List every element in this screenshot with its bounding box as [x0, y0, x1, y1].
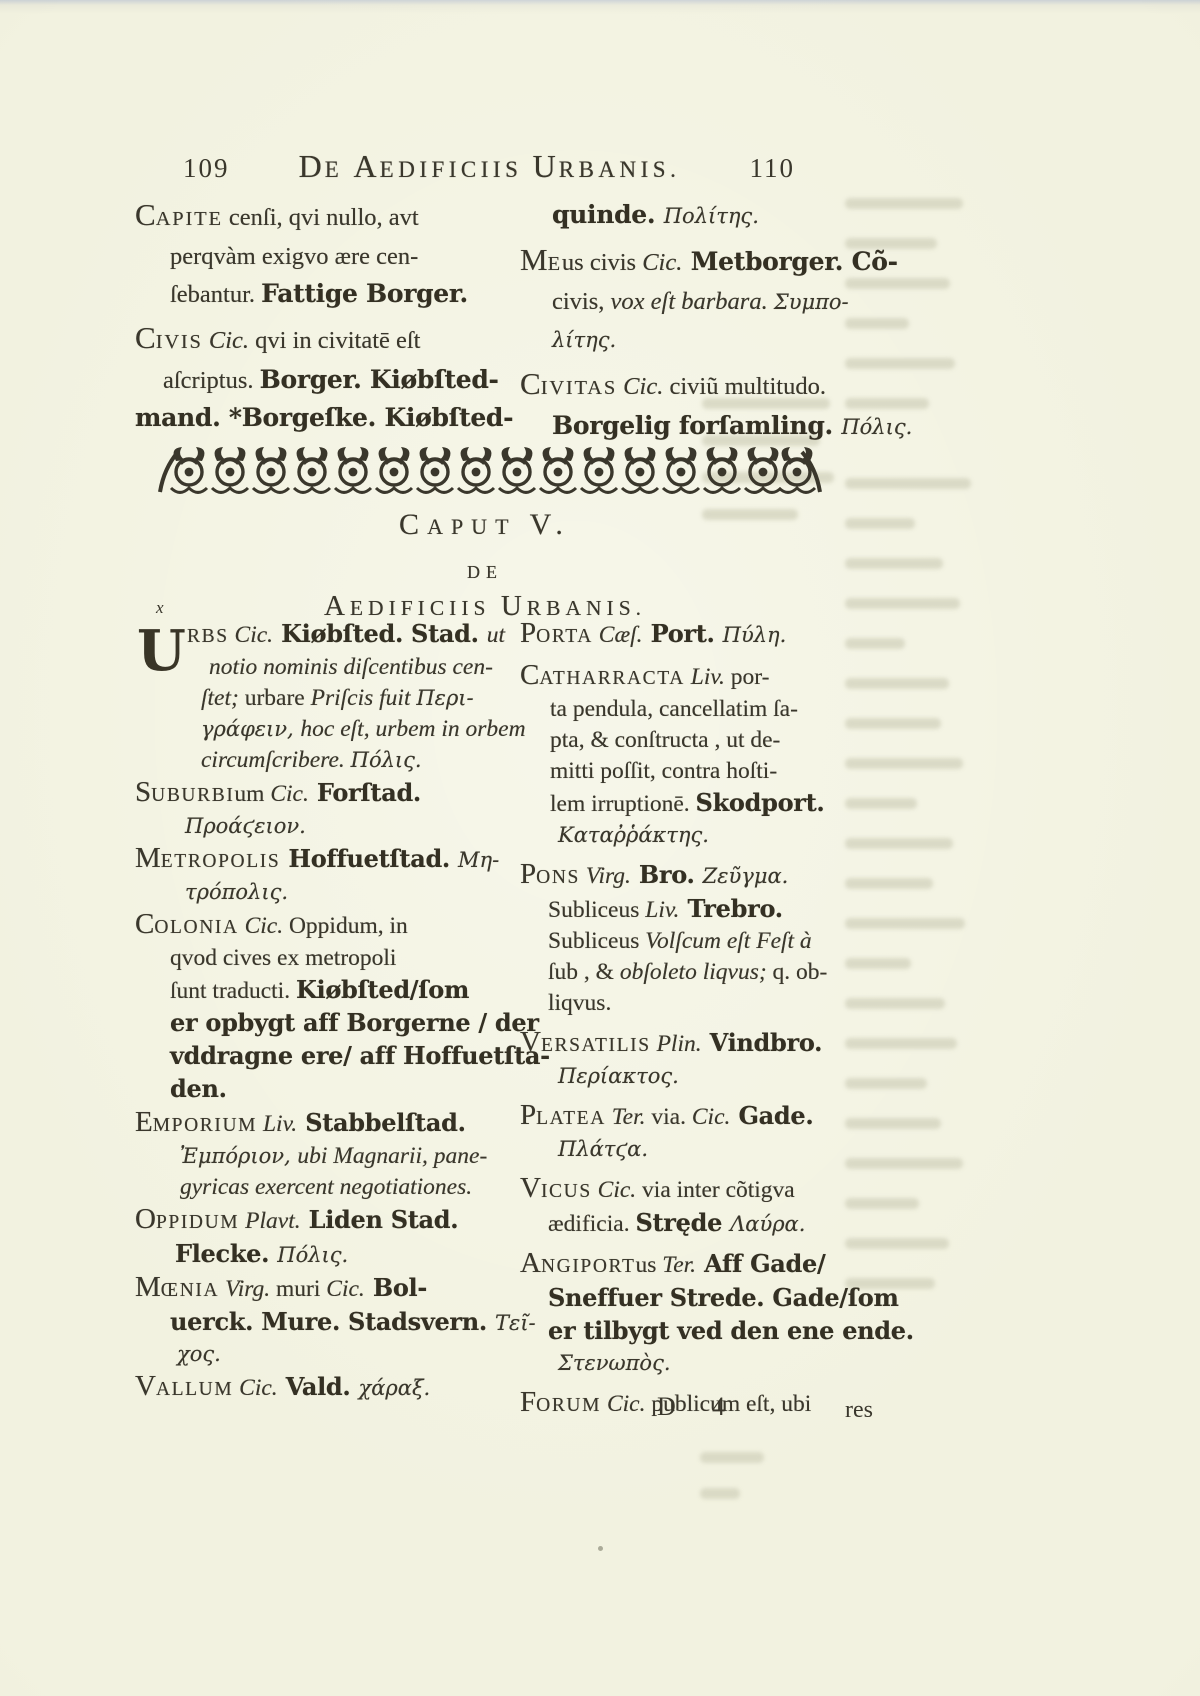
main-right-column: PORTA Cæſ. Port. Πύλη.CATHARRACTA Liv. p… — [520, 618, 835, 1429]
text-segment-rm: qvi in civitatē eſt — [249, 327, 420, 354]
text-segment-sc: MPORIUM — [153, 1115, 257, 1136]
text-line: CIVIS Cic. qvi in civitatē eſt — [135, 319, 520, 361]
text-line: PLATEA Ter. via. Cic. Gade. — [520, 1100, 835, 1134]
text-line: Subliceus Volſcum eſt Feſt à — [520, 926, 835, 957]
text-line: MEus civis Cic. Metborger. Cõ- — [520, 241, 835, 283]
bleedthrough-line — [845, 1158, 963, 1169]
text-segment-fr: Port. — [643, 619, 723, 648]
signature-mark: D — [657, 1392, 676, 1422]
top-left-column: CAPITE cenſi, qvi nullo, avtperqvàm exig… — [135, 196, 520, 452]
dictionary-entry: PLATEA Ter. via. Cic. Gade.Πλάτϛα. — [520, 1100, 835, 1165]
text-segment-rm: liqvus. — [548, 990, 611, 1016]
de-line: DE — [135, 556, 835, 587]
text-line: ſebantur. Fattige Borger. — [135, 275, 520, 313]
text-line: ſtet; urbare Priſcis fuit Περι- — [135, 683, 520, 714]
bleedthrough-line — [845, 838, 953, 849]
text-segment-rm: ædificia. — [548, 1211, 635, 1237]
ornament-band — [158, 438, 822, 502]
text-line: MŒNIA Virg. muri Cic. Bol- — [135, 1272, 520, 1306]
text-segment-gk: Πολίτης. — [664, 204, 759, 228]
page-header: 109 DE AEDIFICIIS URBANIS. 110 — [135, 148, 835, 185]
text-segment-rm: cenſi, qvi nullo, avt — [223, 204, 419, 231]
text-segment-sc: ŒNIA — [161, 1280, 219, 1301]
text-segment-it: ubi Magnarii, pane- — [297, 1143, 487, 1169]
text-segment-rm: qvod cives ex metropoli — [170, 945, 396, 971]
text-line: quinde. Πολίτης. — [520, 196, 835, 235]
text-segment-cap: F — [520, 1386, 536, 1418]
text-segment-sc: ALLUM — [156, 1379, 233, 1400]
folio-right: 110 — [749, 153, 835, 184]
caput-line: CAPUT V. — [135, 503, 835, 556]
text-line: METROPOLIS Hoffuetſtad. Μη- — [135, 843, 520, 877]
chapter-heading: CAPUT V. DE AEDIFICIIS URBANIS. — [135, 503, 835, 627]
dictionary-entry: OPPIDUM Plavt. Liden Stad.Flecke. Πόλις. — [135, 1204, 520, 1271]
text-line: Καταῤῥάκτης. — [520, 820, 835, 851]
text-segment-cap: A — [354, 148, 380, 184]
text-segment-it: Virg. — [580, 863, 631, 889]
dictionary-entry: METROPOLIS Hoffuetſtad. Μη-τρόπολις. — [135, 843, 520, 908]
text-segment-it: Cæſ. — [593, 622, 643, 648]
bleedthrough-line — [845, 1198, 919, 1209]
text-line: Sneffuer Strede. Gade/ſom — [520, 1282, 835, 1315]
dictionary-entry: VERSATILIS Plin. Vindbro.Περίακτος. — [520, 1027, 835, 1092]
text-segment-sc: EDIFICIIS — [350, 596, 501, 620]
text-segment-it: Cic. — [642, 249, 682, 276]
text-segment-cap: C — [135, 320, 156, 355]
dictionary-entry: CIVIS Cic. qvi in civitatē eſtaſcriptus.… — [135, 319, 520, 437]
text-segment-rm: ſub , & — [548, 959, 620, 985]
text-line: mand. *Borgeſke. Kiøbſted- — [135, 399, 520, 437]
text-segment-fr: Gade. — [730, 1101, 813, 1130]
bleedthrough-line — [845, 718, 941, 729]
text-segment-fr: Borgelig forſamling. — [552, 411, 841, 440]
text-segment-it: Cic. — [229, 622, 273, 648]
bleedthrough-line — [845, 318, 909, 329]
text-segment-rm: via inter cõtigva — [636, 1177, 795, 1203]
text-segment-fr: den. — [170, 1074, 227, 1103]
text-segment-gk: Μη- — [458, 848, 499, 872]
text-segment-sc: ONS — [536, 867, 580, 888]
text-segment-fr: Borger. Kiøbſted- — [260, 365, 499, 394]
text-segment-gk: Προάϛειον. — [185, 814, 306, 838]
text-segment-it: Cic. — [601, 1391, 645, 1417]
text-segment-cap: M — [135, 1271, 161, 1303]
text-segment-rm: Oppidum, in — [283, 913, 408, 939]
text-line: ANGIPORTus Ter. Aff Gade/ — [520, 1248, 835, 1282]
text-segment-it: Ter. — [606, 1104, 646, 1130]
text-line: Subliceus Liv. Trebro. — [520, 893, 835, 926]
text-segment-rm: muri — [270, 1276, 326, 1302]
dictionary-entry: PORTA Cæſ. Port. Πύλη. — [520, 618, 835, 652]
text-segment-fr: Bro. — [631, 860, 703, 889]
bleedthrough-line — [700, 1452, 764, 1463]
text-segment-sc: RBS — [187, 626, 229, 647]
text-segment-rm: via. — [646, 1104, 692, 1130]
dictionary-entry: xURBS Cic. Kiøbſted. Stad. utnotio nomin… — [135, 618, 520, 776]
text-segment-fr: Liden Stad. — [301, 1205, 459, 1234]
text-line: FORUM Cic. publicum eſt, ubi — [520, 1387, 835, 1421]
text-segment-sc: OLONIA — [154, 917, 238, 938]
text-segment-it: ut — [487, 622, 505, 648]
text-segment-it: Cic. — [203, 327, 249, 354]
text-segment-cap: P — [520, 617, 536, 649]
text-segment-rm: ſebantur. — [170, 281, 261, 308]
text-segment-gk: Πόλις. — [277, 1243, 348, 1267]
bleedthrough-line — [845, 278, 950, 289]
dictionary-entry: VICUS Cic. via inter cõtigvaædificia. St… — [520, 1173, 835, 1240]
text-segment-it: ſtet; — [201, 685, 245, 711]
text-line: χος. — [135, 1339, 520, 1370]
text-segment-rm: q. ob- — [773, 959, 828, 985]
dictionary-entry: PONS Virg. Bro. Ζεῦγμα.Subliceus Liv. Tr… — [520, 859, 835, 1019]
text-line: mitti poſſit, contra hoſti- — [520, 756, 835, 787]
dictionary-entry: FORUM Cic. publicum eſt, ubi — [520, 1387, 835, 1421]
text-line: lem irruptionē. Skodport. — [520, 787, 835, 820]
text-segment-rm: urbare — [245, 685, 311, 711]
dictionary-entry: VALLUM Cic. Vald. χάραξ. — [135, 1371, 520, 1405]
text-segment-sc: ORTA — [536, 626, 593, 647]
text-line: Πλάτϛα. — [520, 1134, 835, 1165]
text-segment-it: Virg. — [219, 1276, 270, 1302]
text-segment-fr: Fattige Borger. — [261, 279, 468, 308]
text-segment-sc: LATEA — [536, 1108, 606, 1129]
text-line: ta pendula, cancellatim ſa- — [520, 694, 835, 725]
text-segment-it: Volſcum eſt Feſt à — [645, 928, 811, 954]
text-segment-rm: Subliceus — [548, 897, 645, 923]
text-line: Flecke. Πόλις. — [135, 1238, 520, 1271]
text-segment-rm: pta, & conſtructa , ut de- — [550, 727, 780, 753]
top-text-section: CAPITE cenſi, qvi nullo, avtperqvàm exig… — [135, 196, 835, 452]
text-segment-gk: Πόλις. — [841, 415, 912, 439]
text-segment-rm: por- — [725, 664, 770, 690]
text-segment-fr: Bol- — [365, 1273, 427, 1302]
text-segment-sc: NGIPORT — [541, 1256, 636, 1277]
text-segment-it: Ter. — [662, 1252, 696, 1278]
text-segment-cap: E — [135, 1106, 153, 1138]
text-line: perqvàm exigvo ære cen- — [135, 238, 520, 275]
dictionary-entry: COLONIA Cic. Oppidum, inqvod cives ex me… — [135, 909, 520, 1106]
signature-number: 4 — [712, 1392, 725, 1422]
dictionary-entry: CAPITE cenſi, qvi nullo, avtperqvàm exig… — [135, 196, 520, 313]
text-line: COLONIA Cic. Oppidum, in — [135, 909, 520, 943]
text-line: gyricas exercent negotiationes. — [135, 1172, 520, 1203]
bleedthrough-line — [845, 1238, 949, 1249]
dictionary-entry: EMPORIUM Liv. Stabbelſtad.Ἐμπόριον, ubi … — [135, 1107, 520, 1203]
text-segment-gk: Ἐμπόριον, — [180, 1144, 297, 1168]
bleedthrough-line — [845, 758, 963, 769]
text-segment-it: hoc eſt, urbem in orbem — [300, 716, 525, 742]
text-segment-fr: uerck. Mure. Stadsvern. — [170, 1307, 495, 1336]
text-line: liqvus. — [520, 988, 835, 1019]
text-segment-gk: χάραξ. — [359, 1376, 431, 1400]
text-segment-fr: Trebro. — [679, 894, 782, 923]
text-segment-fr: er tilbygt ved den ene ende. — [548, 1316, 914, 1345]
text-line: ædificia. Stręde Λαύρα. — [520, 1207, 835, 1240]
text-line: ſunt traducti. Kiøbſted/ſom — [135, 974, 520, 1007]
text-segment-it: Cic. — [233, 1375, 277, 1401]
text-segment-it: Cic. — [239, 913, 283, 939]
running-title: DE AEDIFICIIS URBANIS. — [299, 148, 681, 185]
text-segment-it: gyricas exercent negotiationes. — [180, 1174, 472, 1200]
folio-left: 109 — [135, 153, 230, 184]
bleedthrough-line — [845, 1078, 927, 1089]
bleedthrough-line — [845, 478, 971, 489]
text-line: EMPORIUM Liv. Stabbelſtad. — [135, 1107, 520, 1141]
bleedthrough-line — [845, 878, 933, 889]
text-segment-rm: ſunt traducti. — [170, 978, 296, 1004]
dictionary-entry: MŒNIA Virg. muri Cic. Bol-uerck. Mure. S… — [135, 1272, 520, 1370]
text-segment-gk: Συμπο- — [774, 290, 849, 314]
text-segment-it: Cic. — [326, 1276, 365, 1302]
text-line: OPPIDUM Plavt. Liden Stad. — [135, 1204, 520, 1238]
text-segment-fr: Forſtad. — [309, 778, 421, 807]
text-line: aſcriptus. Borger. Kiøbſted- — [135, 361, 520, 399]
text-line: vddragne ere/ aff Hoffuetſta- — [135, 1040, 520, 1073]
text-segment-gk: Πύλη. — [723, 623, 787, 647]
text-segment-sc: IVIS — [156, 331, 203, 353]
bleedthrough-line — [845, 598, 960, 609]
main-left-column: xURBS Cic. Kiøbſted. Stad. utnotio nomin… — [135, 618, 520, 1429]
bleedthrough-line — [845, 1118, 941, 1129]
text-segment-fr: Aff Gade/ — [696, 1249, 825, 1278]
text-line: CAPITE cenſi, qvi nullo, avt — [135, 196, 520, 238]
text-line: qvod cives ex metropoli — [135, 943, 520, 974]
text-line: τρόπολις. — [135, 877, 520, 908]
text-segment-sc: ATHARRACTA — [539, 668, 685, 689]
text-segment-fr: Skodport. — [696, 788, 825, 817]
text-segment-rm: aſcriptus. — [163, 367, 260, 394]
text-segment-cap: D — [299, 148, 325, 184]
text-segment-it: Liv. — [645, 897, 679, 923]
text-line: SUBURBIum Cic. Forſtad. — [135, 777, 520, 811]
text-segment-it: Cic. — [592, 1177, 636, 1203]
guide-letter-x: x — [156, 598, 164, 618]
text-segment-fr: Flecke. — [175, 1239, 277, 1268]
text-segment-rm: Subliceus — [548, 928, 645, 954]
catchword: res — [845, 1397, 873, 1424]
text-segment-cap: C — [520, 659, 539, 691]
text-segment-sc: ERSATILIS — [541, 1035, 651, 1056]
text-segment-sc: ORUM — [536, 1395, 601, 1416]
text-segment-cap: U — [533, 148, 559, 184]
text-line: den. — [135, 1073, 520, 1106]
dictionary-entry: SUBURBIum Cic. Forſtad.Προάϛειον. — [135, 777, 520, 842]
text-segment-rm: us civis — [562, 249, 642, 276]
dictionary-entry: MEus civis Cic. Metborger. Cõ-civis, vox… — [520, 241, 835, 359]
text-segment-cap: V — [520, 1026, 541, 1058]
text-segment-cap: V — [135, 1370, 156, 1402]
text-segment-it: Liv. — [685, 664, 725, 690]
text-segment-sc: E — [325, 157, 354, 182]
bleedthrough-line — [845, 558, 943, 569]
text-segment-rm: civis, — [552, 288, 611, 315]
text-segment-fr: er opbygt aff Borgerne / der — [170, 1008, 539, 1037]
text-line: er tilbygt ved den ene ende. — [520, 1315, 835, 1348]
text-segment-sc: ICUS — [541, 1181, 592, 1202]
text-segment-sc: APITE — [156, 208, 223, 230]
text-segment-sc: APUT — [427, 514, 530, 539]
text-line: Προάϛειον. — [135, 811, 520, 842]
text-segment-gk: τρόπολις. — [185, 880, 288, 904]
text-segment-fr: Metborger. Cõ- — [682, 247, 897, 276]
text-segment-sc: PPIDUM — [156, 1212, 239, 1233]
text-segment-it: circumſcribere. — [201, 747, 351, 773]
text-segment-gk: Πλάτϛα. — [558, 1137, 648, 1161]
text-segment-sc: DE — [467, 562, 503, 582]
text-line: PONS Virg. Bro. Ζεῦγμα. — [520, 859, 835, 893]
ink-speck — [598, 1546, 603, 1551]
text-segment-fr: Kiøbſted/ſom — [296, 975, 469, 1004]
text-segment-it: Cic. — [617, 373, 663, 400]
text-segment-it: obſoleto liqvus; — [620, 959, 773, 985]
text-segment-sc: ETROPOLIS — [161, 851, 281, 872]
text-line: Στενωπὸς. — [520, 1348, 835, 1379]
text-segment-sc: RBANIS. — [527, 596, 646, 620]
text-line: er opbygt aff Borgerne / der — [135, 1007, 520, 1040]
text-segment-gk: γράφειν, — [201, 717, 300, 741]
text-segment-sc: IVITAS — [541, 377, 617, 399]
text-line: Ἐμπόριον, ubi Magnarii, pane- — [135, 1141, 520, 1172]
text-segment-cap: C — [135, 908, 154, 940]
text-segment-cap: M — [520, 242, 548, 277]
scanned-page: 109 DE AEDIFICIIS URBANIS. 110 CAPITE ce… — [0, 0, 1200, 1696]
text-segment-gk: Πόλις. — [351, 748, 422, 772]
text-segment-gk: Περι- — [416, 686, 473, 710]
text-segment-it: Liv. — [257, 1111, 297, 1137]
text-segment-cap: V. — [530, 508, 571, 541]
text-segment-rm: perqvàm exigvo ære cen- — [170, 243, 418, 270]
text-line: λίτης. — [520, 321, 835, 359]
text-segment-cap: P — [520, 1099, 536, 1131]
text-segment-fr: Hoffuetſtad. — [280, 844, 458, 873]
text-segment-fr: mand. *Borgeſke. Kiøbſted- — [135, 403, 513, 432]
text-line: VALLUM Cic. Vald. χάραξ. — [135, 1371, 520, 1405]
text-segment-rm: mitti poſſit, contra hoſti- — [550, 758, 777, 784]
text-line: Περίακτος. — [520, 1061, 835, 1092]
text-segment-it: Priſcis fuit — [311, 685, 417, 711]
text-segment-it: notio nominis diſcentibus cen- — [209, 654, 493, 680]
bleedthrough-line — [845, 958, 911, 969]
text-segment-cap: V — [520, 1172, 541, 1204]
text-segment-sc: UBURBI — [151, 785, 234, 806]
text-segment-cap: M — [135, 842, 161, 874]
text-segment-fr: Stabbelſtad. — [297, 1108, 465, 1137]
text-line: civis, vox eſt barbara. Συμπο- — [520, 283, 835, 321]
main-text-section: xURBS Cic. Kiøbſted. Stad. utnotio nomin… — [135, 618, 835, 1429]
text-segment-cap: C — [135, 197, 156, 232]
text-line: VICUS Cic. via inter cõtigva — [520, 1173, 835, 1207]
bleedthrough-line — [845, 1038, 957, 1049]
text-segment-sc: RBANIS. — [559, 157, 681, 182]
text-segment-it: Cic. — [692, 1104, 731, 1130]
text-line: circumſcribere. Πόλις. — [135, 745, 520, 776]
bleedthrough-line — [845, 518, 915, 529]
text-line: CATHARRACTA Liv. por- — [520, 660, 835, 694]
text-line: pta, & conſtructa , ut de- — [520, 725, 835, 756]
text-line: γράφειν, hoc eſt, urbem in orbem — [135, 714, 520, 745]
dictionary-entry: quinde. Πολίτης. — [520, 196, 835, 235]
text-segment-gk: Λαύρα. — [730, 1212, 805, 1236]
text-segment-cap: C — [399, 508, 427, 541]
text-segment-sc: E — [548, 253, 562, 275]
text-segment-fr: Kiøbſted. Stad. — [273, 619, 487, 648]
dictionary-entry: CATHARRACTA Liv. por-ta pendula, cancell… — [520, 660, 835, 851]
text-segment-fr: Stręde — [635, 1208, 730, 1237]
dictionary-entry: CIVITAS Cic. civiũ multitudo.Borgelig fo… — [520, 365, 835, 446]
text-line: VERSATILIS Plin. Vindbro. — [520, 1027, 835, 1061]
text-segment-gk: Περίακτος. — [558, 1064, 679, 1088]
text-segment-cap: O — [135, 1203, 156, 1235]
text-segment-rm: us — [636, 1252, 663, 1278]
text-segment-sc: EDIFICIIS — [380, 157, 533, 182]
text-segment-gk: λίτης. — [552, 328, 616, 352]
text-segment-rm: civiũ multitudo. — [663, 373, 826, 400]
bleedthrough-line — [845, 998, 945, 1009]
text-segment-cap: C — [520, 366, 541, 401]
text-segment-it: Cic. — [270, 781, 309, 807]
text-segment-fr: Sneffuer Strede. Gade/ſom — [548, 1283, 899, 1312]
text-segment-cap: S — [135, 776, 151, 808]
bleedthrough-line — [700, 1488, 740, 1499]
bleedthrough-line — [845, 358, 955, 369]
text-segment-rm: lem irruptionē. — [550, 791, 696, 817]
bleedthrough-line — [845, 918, 965, 929]
text-line: notio nominis diſcentibus cen- — [135, 652, 520, 683]
text-segment-gk: Ζεῦγμα. — [703, 864, 789, 888]
text-segment-fr: vddragne ere/ aff Hoffuetſta- — [170, 1041, 550, 1070]
text-segment-gk: χος. — [177, 1342, 221, 1366]
dropcap-initial: U — [137, 623, 186, 679]
text-line: ſub , & obſoleto liqvus; q. ob- — [520, 957, 835, 988]
bleedthrough-line — [845, 198, 963, 209]
text-segment-gk: Καταῤῥάκτης. — [558, 823, 709, 847]
dictionary-entry: ANGIPORTus Ter. Aff Gade/Sneffuer Strede… — [520, 1248, 835, 1379]
text-line: RBS Cic. Kiøbſted. Stad. ut — [135, 618, 520, 652]
bleedthrough-line — [845, 638, 905, 649]
text-segment-it: Plavt. — [239, 1208, 300, 1234]
text-segment-it: vox eſt barbara. — [611, 288, 774, 315]
text-segment-cap: P — [520, 858, 536, 890]
text-segment-fr: Vindbro. — [702, 1028, 823, 1057]
text-segment-it: Plin. — [651, 1031, 702, 1057]
top-right-column: quinde. Πολίτης.MEus civis Cic. Metborge… — [520, 196, 835, 452]
text-segment-gk: Στενωπὸς. — [558, 1351, 671, 1375]
text-segment-fr: quinde. — [552, 200, 664, 229]
bleedthrough-line — [845, 678, 949, 689]
text-segment-rm: ta pendula, cancellatim ſa- — [550, 696, 798, 722]
text-segment-fr: Vald. — [278, 1372, 359, 1401]
text-line: CIVITAS Cic. civiũ multitudo. — [520, 365, 835, 407]
text-segment-cap: A — [520, 1247, 541, 1279]
text-segment-rm: um — [234, 781, 270, 807]
text-line: uerck. Mure. Stadsvern. Τεῖ- — [135, 1306, 520, 1339]
text-line: PORTA Cæſ. Port. Πύλη. — [520, 618, 835, 652]
bleedthrough-line — [845, 798, 917, 809]
